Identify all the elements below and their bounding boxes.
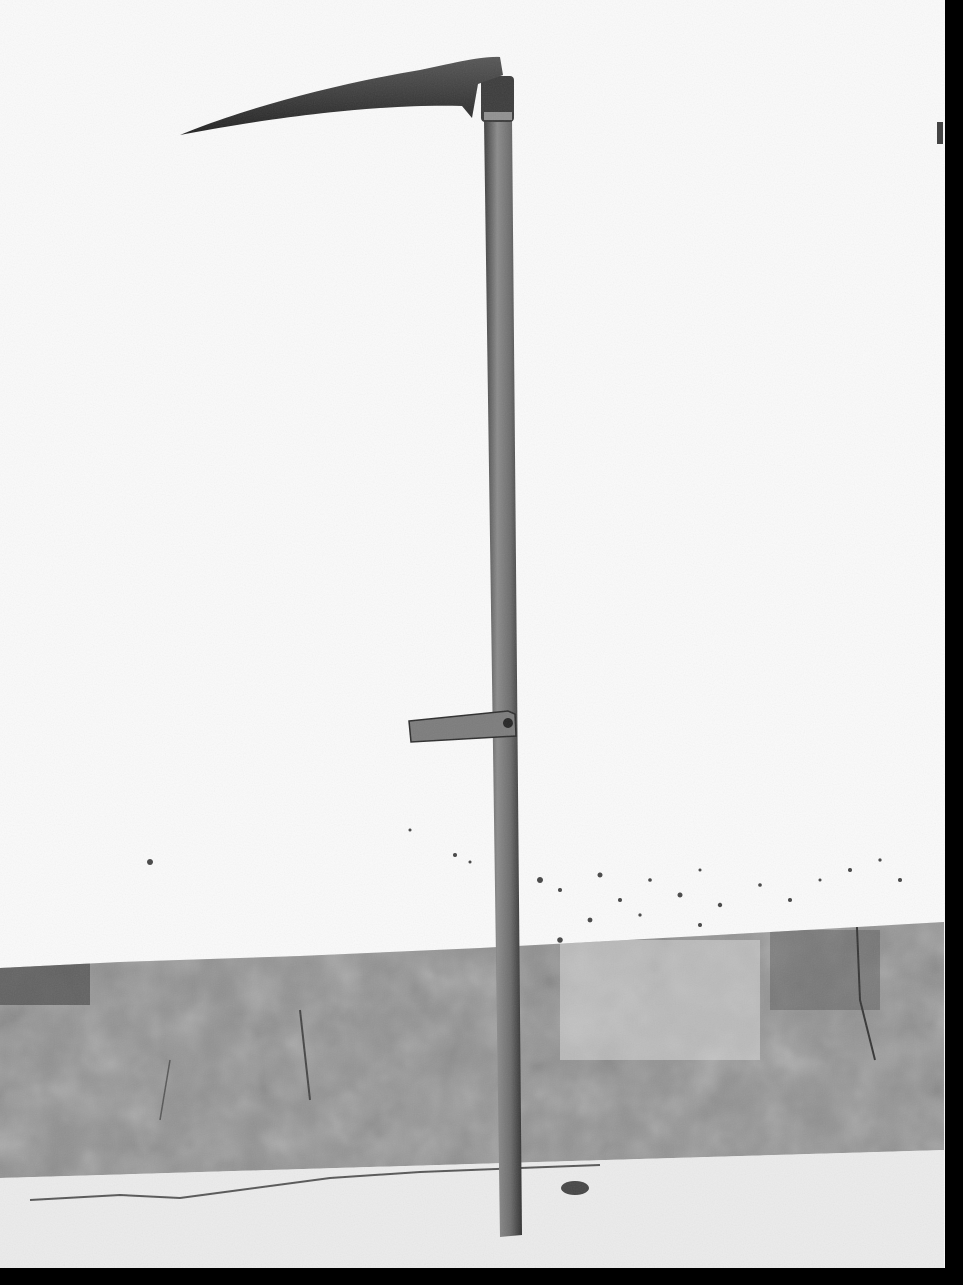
photograph <box>0 0 963 1285</box>
